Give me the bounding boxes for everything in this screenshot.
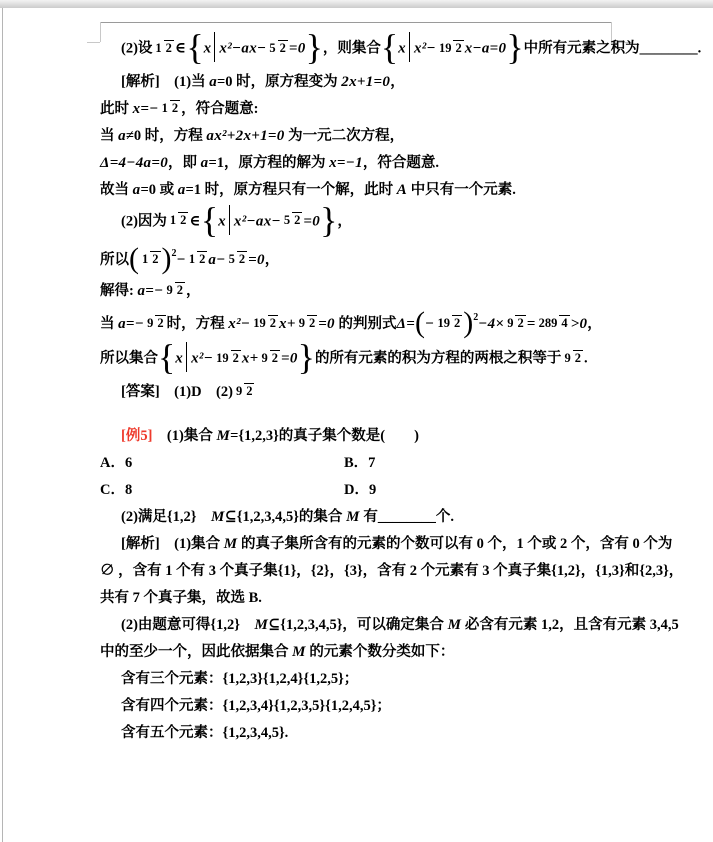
paragraph-line: (2)由题意可得{1,2} M⊆{1,2,3,4,5}，可以确定集合 M 必含有… [100,615,620,635]
fraction-denominator: 2 [155,315,165,330]
text-run: ，符合题意: [181,101,258,117]
math-run: Δ=4−4a=0 [100,155,168,171]
fraction-denominator: 2 [515,315,525,330]
fraction-denominator: 2 [150,251,160,266]
text-run: 时，方程 [167,316,229,332]
document-page[interactable]: (2)设12∈{xx²−ax−52=0}，则集合{xx²−192x−a=0}中所… [0,0,713,842]
math-run: x [218,213,226,229]
fraction-denominator: 2 [175,282,185,297]
text-run: B．7 [344,455,375,471]
fraction: 92 [165,284,186,298]
math-run: a=− [137,283,163,299]
math-run: a [178,182,186,198]
math-run: x+ [279,316,296,332]
text-run: (2)满足{1,2} [121,509,211,525]
math-run: x+ [242,351,259,367]
paragraph-line: 当 a=−92时，方程 x²−192x+92=0 的判别式Δ=(−192)2−4… [100,308,620,337]
paragraph-line: 含有三个元素：{1,2,3}{1,2,4}{1,2,5}； [100,669,620,689]
fraction-numerator: 9 [234,384,244,398]
math-run: M [224,536,238,552]
example-label: [例5] [121,428,152,444]
fraction-denominator: 2 [573,350,583,365]
math-run: =0 [281,351,298,367]
fraction-numerator: 1 [140,252,150,266]
paragraph-line: (2)设12∈{xx²−ax−52=0}，则集合{xx²−192x−a=0}中所… [100,34,620,65]
margin-crop-mark-left-horizontal [87,42,100,43]
page-gap-band [0,0,713,8]
text-run: 的元素个数分类如下： [306,644,455,660]
math-run: x=− [133,101,159,117]
fraction-numerator: 9 [297,316,307,330]
set-builder-bar [229,205,230,235]
fraction-numerator: 289 [537,316,560,330]
fraction-numerator: 9 [505,316,515,330]
text-run: ={1,2,3}的真子集个数是( ) [230,428,419,444]
paragraph-line: [答案] (1)D (2)92 [100,382,620,402]
fraction-numerator: 19 [214,351,231,365]
text-run: 所以 [100,252,129,268]
fraction-numerator: 19 [437,41,454,55]
fraction: 12 [153,42,174,56]
math-run: M [254,617,268,633]
math-run: a [209,74,217,90]
math-run: ∈ [175,41,186,57]
paragraph-line: 此时 x=−12，符合题意: [100,99,620,119]
paragraph-line: 中的至少一个，因此依据集合 M 的元素个数分类如下： [100,642,620,662]
fraction: 52 [227,253,248,267]
fraction-denominator: 2 [453,40,463,55]
text-run: ，即 [168,155,201,171]
math-run: =0 [248,252,265,268]
fraction-denominator: 2 [278,40,288,55]
text-run: . [584,351,588,367]
math-run: ax²+2x+1=0 [206,128,284,144]
fraction: 12 [140,253,161,267]
text-run: 为一元二次方程， [285,128,405,144]
fraction-numerator: 9 [165,283,175,297]
page-left-edge-line [2,8,3,842]
text-run: ≠0 时，方程 [126,128,206,144]
math-run: =0 [318,316,335,332]
document-content: (2)设12∈{xx²−ax−52=0}，则集合{xx²−192x−a=0}中所… [100,34,620,750]
paragraph-line: 故当 a=0 或 a=1 时，原方程只有一个解，此时 A 中只有一个元素. [100,180,620,200]
text-run: ， [337,213,352,229]
fraction: 92 [297,317,318,331]
fraction-denominator: 2 [197,251,207,266]
set-builder-bar [186,342,187,372]
paragraph-line: 解得: a=−92， [100,281,620,301]
fraction-denominator: 2 [452,315,462,330]
fraction-denominator: 4 [559,315,569,330]
text-run: 的所有元素的积为方程的两根之积等于 [315,351,562,367]
fraction: 192 [251,317,278,331]
fraction-denominator: 2 [244,383,254,398]
fraction-denominator: 2 [178,212,188,227]
text-run: 所以集合 [100,351,158,367]
math-run: =0 [289,41,306,57]
left-brace: { [158,342,175,373]
fraction-numerator: 1 [160,101,170,115]
text-run: 中只有一个元素. [407,182,516,198]
math-run: x [398,41,406,57]
text-run: 当 [100,316,118,332]
left-brace: { [201,205,218,236]
math-run: − [177,252,186,268]
option-cell: C．8 [100,480,344,500]
fraction-numerator: 9 [260,351,270,365]
math-run: M [448,617,462,633]
right-paren: ) [162,246,172,272]
math-run: M [211,509,225,525]
text-run: (2)设 [121,41,152,57]
paragraph-line: C．8D．9 [100,480,620,500]
fraction-numerator: 5 [282,213,292,227]
text-run: 中所有元素之积为________. [524,41,702,57]
math-run: a [118,128,126,144]
text-run: 的真子集所含有的元素的个数可以有 0 个，1 个或 2 个，含有 0 个为 [237,536,672,552]
text-run: ， [587,316,602,332]
text-run: ⊆{1,2,3,4,5}，可以确定集合 [268,617,447,633]
math-run: 2x+1=0 [341,74,390,90]
text-run: =1，原方程的解为 [208,155,329,171]
set-builder-bar [409,32,410,62]
fraction: 192 [214,352,241,366]
math-run: ∈ [189,213,200,229]
paragraph-line: [例5] (1)集合 M={1,2,3}的真子集个数是( ) [100,426,620,446]
math-run: x²−ax− [234,213,281,229]
text-run: ⊆{1,2,3,4,5}的集合 [225,509,346,525]
math-run: M [216,428,230,444]
fraction-numerator: 19 [251,316,268,330]
paragraph-line: 所以(12)2−12a−52=0， [100,244,620,273]
text-run: 共有 7 个真子集，故选 B. [100,590,262,606]
left-paren: ( [129,246,139,272]
fraction-denominator: 2 [292,212,302,227]
math-run: x−a=0 [465,41,507,57]
text-run: =0 时，原方程变为 [217,74,341,90]
fraction: 52 [282,214,303,228]
math-run: x=−1 [329,155,363,171]
text-run: (2)由题意可得{1,2} [121,617,254,633]
fraction-numerator: 5 [267,41,277,55]
text-run: ∅ ，含有 1 个有 3 个真子集{1}，{2}，{3}，含有 2 个元素有 3… [100,563,683,579]
paragraph-line: 含有五个元素：{1,2,3,4,5}. [100,723,620,743]
text-run: 有________个. [360,509,454,525]
math-run: x [204,41,212,57]
text-run: =0 或 [140,182,177,198]
fraction: 2894 [537,317,570,331]
paragraph-line: 共有 7 个真子集，故选 B. [100,588,620,608]
text-run: 此时 [100,101,133,117]
left-brace: { [381,32,398,63]
math-run: M [292,644,306,660]
fraction-denominator: 2 [237,251,247,266]
fraction-numerator: 1 [153,41,163,55]
fraction-denominator: 2 [164,40,174,55]
paragraph-line: 含有四个元素：{1,2,3,4}{1,2,3,5}{1,2,4,5}； [100,696,620,716]
fraction: 12 [187,253,208,267]
text-run: (1)集合 [152,428,216,444]
text-run: 解得: [100,283,137,299]
fraction: 12 [160,102,181,116]
math-run: >0 [571,316,588,332]
math-run: x²−ax− [219,41,266,57]
math-run: x²− [191,351,213,367]
math-run: A [397,182,407,198]
fraction-numerator: 1 [187,252,197,266]
paragraph-line: 当 a≠0 时，方程 ax²+2x+1=0 为一元二次方程， [100,126,620,146]
paragraph-line: 所以集合{xx²−192x+92=0}的所有元素的积为方程的两根之积等于92. [100,344,620,375]
right-brace: } [298,342,315,373]
right-brace: } [320,205,337,236]
fraction-denominator: 2 [307,315,317,330]
paragraph-line: Δ=4−4a=0，即 a=1，原方程的解为 x=−1，符合题意. [100,153,620,173]
paragraph-line: ∅ ，含有 1 个有 3 个真子集{1}，{2}，{3}，含有 2 个元素有 3… [100,561,620,581]
fraction: 92 [145,317,166,331]
fraction-denominator: 2 [170,100,180,115]
paragraph-line: [解析] (1)当 a=0 时，原方程变为 2x+1=0， [100,72,620,92]
text-run: 中的至少一个，因此依据集合 [100,644,292,660]
fraction: 92 [505,317,526,331]
math-run: a=− [118,316,144,332]
fraction: 92 [234,385,255,399]
text-run: ， [186,283,201,299]
fraction: 192 [435,317,462,331]
left-paren: ( [415,310,425,336]
text-run: ， [390,74,405,90]
fraction-numerator: 9 [145,316,155,330]
set-builder-bar [214,32,215,62]
fraction-numerator: 1 [168,213,178,227]
math-run: x [175,351,183,367]
text-run: [解析] (1)当 [121,74,209,90]
text-run: ，则集合 [323,41,381,57]
fraction-denominator: 2 [231,350,241,365]
text-boundary-top [100,22,612,23]
fraction: 52 [267,42,288,56]
text-run: 含有五个元素：{1,2,3,4,5}. [121,725,288,741]
text-run: 含有三个元素：{1,2,3}{1,2,4}{1,2,5}； [121,671,358,687]
text-run: 的判别式 [335,316,397,332]
option-cell: A．6 [100,453,344,473]
math-run: −4× [478,316,504,332]
fraction: 92 [260,352,281,366]
text-run: 当 [100,128,118,144]
fraction: 12 [168,214,189,228]
text-run: D．9 [344,482,376,498]
right-paren: ) [463,310,473,336]
left-brace: { [186,32,203,63]
math-run: a− [208,252,225,268]
math-run: x²− [414,41,436,57]
paragraph-line: [解析] (1)集合 M 的真子集所含有的元素的个数可以有 0 个，1 个或 2… [100,534,620,554]
fraction-denominator: 2 [270,350,280,365]
text-run: =1 时，原方程只有一个解，此时 [186,182,397,198]
fraction-denominator: 2 [268,315,278,330]
text-run: (2)因为 [121,213,167,229]
fraction-numerator: 19 [435,316,452,330]
math-run: =0 [303,213,320,229]
right-brace: } [306,32,323,63]
fraction-numerator: 5 [227,252,237,266]
right-brace: } [506,32,523,63]
math-run: − [425,316,434,332]
fraction-numerator: 9 [562,351,572,365]
math-run: Δ= [396,316,415,332]
paragraph-line: (2)满足{1,2} M⊆{1,2,3,4,5}的集合 M 有________个… [100,507,620,527]
text-run: [解析] (1)集合 [121,536,224,552]
math-run: x²− [228,316,250,332]
text-run: ， [265,252,280,268]
text-run: [答案] (1)D (2) [121,384,233,400]
math-run: M [346,509,360,525]
text-run: 必含有元素 1,2，且含有元素 3,4,5 [461,617,679,633]
text-run: 含有四个元素：{1,2,3,4}{1,2,3,5}{1,2,4,5}； [121,698,391,714]
text-run: ，符合题意. [363,155,439,171]
fraction: 92 [562,352,583,366]
math-run: = [527,316,536,332]
text-run: 故当 [100,182,133,198]
fraction: 192 [437,42,464,56]
paragraph-line: A．6B．7 [100,453,620,473]
paragraph-line: (2)因为12∈{xx²−ax−52=0}， [100,207,620,238]
